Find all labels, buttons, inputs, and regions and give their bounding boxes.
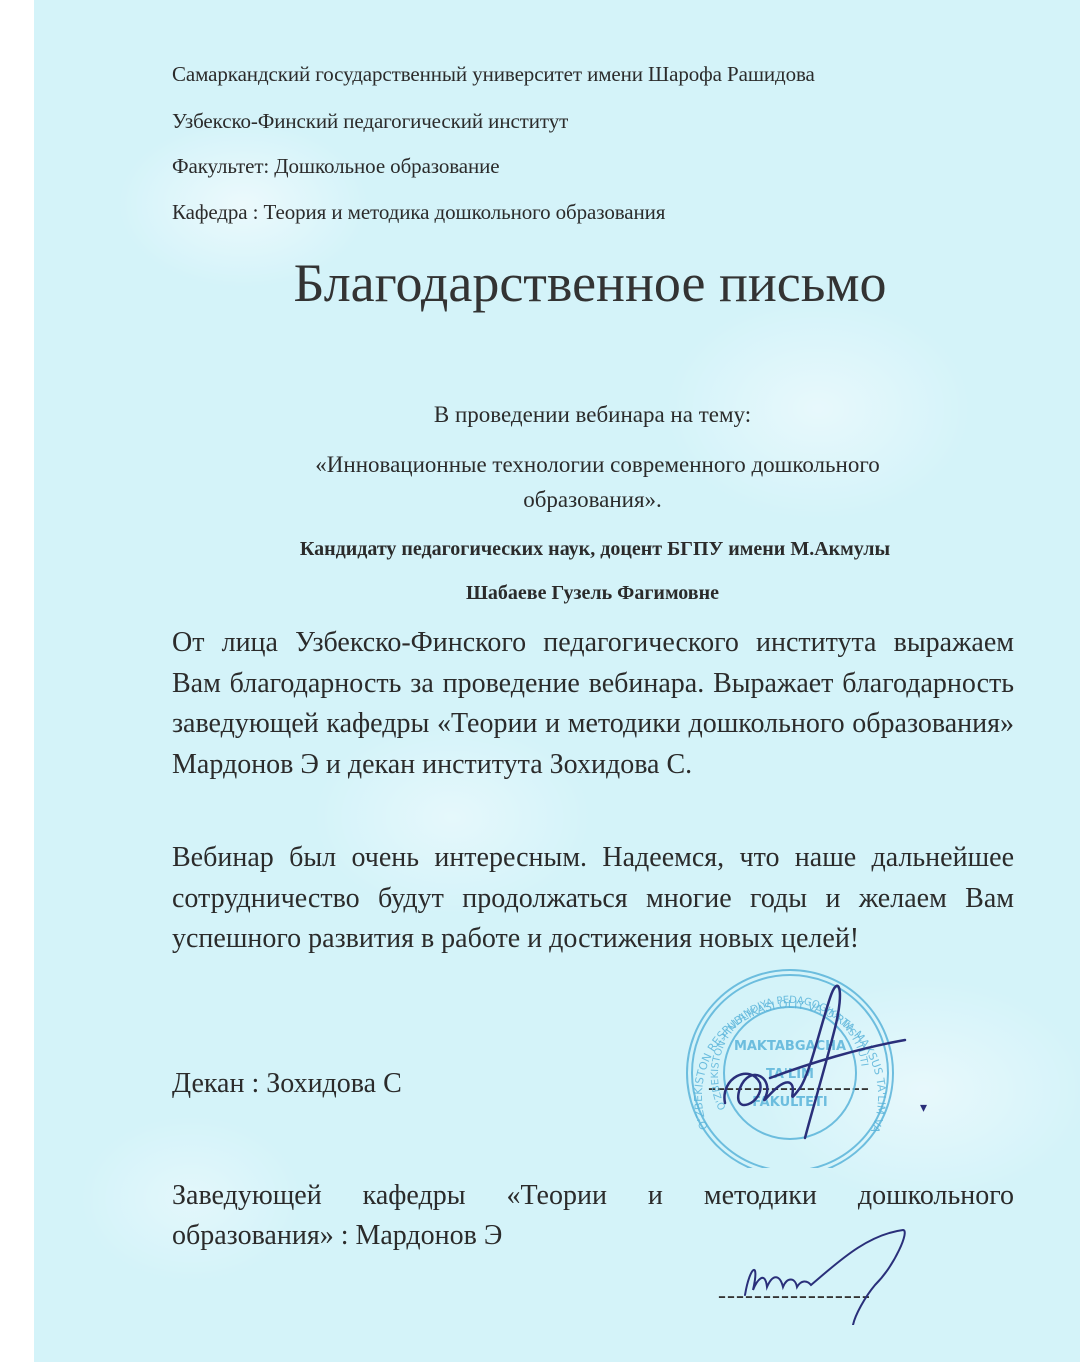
recipient-position: Кандидату педагогических наук, доцент БГ… bbox=[160, 538, 1030, 561]
department-head-label-line1: Заведующей кафедры «Теории и методики до… bbox=[172, 1180, 1014, 1212]
recipient-name: Шабаеве Гузель Фагимовне bbox=[170, 582, 1015, 605]
department-name: Кафедра : Теория и методика дошкольного … bbox=[172, 200, 665, 225]
dean-signature-label: Декан : Зохидова С bbox=[172, 1068, 402, 1100]
stamp-mark: ▾ bbox=[920, 1100, 927, 1117]
department-head-signature-icon bbox=[725, 1225, 915, 1325]
university-name: Самаркандский государственный университе… bbox=[172, 62, 815, 87]
body-paragraph-1: От лица Узбекско-Финского педагогическог… bbox=[172, 623, 1014, 785]
webinar-topic-line2: образования». bbox=[170, 487, 1015, 513]
institute-stamp-icon: MAKTABGACHA TA'LIM FAKULTETI O'ZBEKISTON… bbox=[660, 968, 930, 1168]
body-paragraph-2: Вебинар был очень интересным. Надеемся, … bbox=[172, 838, 1014, 960]
institute-name: Узбекско-Финский педагогический институт bbox=[172, 109, 568, 134]
webinar-topic-line1: «Инновационные технологии современного д… bbox=[140, 452, 1055, 478]
department-head-label-line2: образования» : Мардонов Э bbox=[172, 1220, 502, 1252]
faculty-name: Факультет: Дошкольное образование bbox=[172, 154, 500, 179]
letter-title: Благодарственное письмо bbox=[0, 252, 1080, 314]
webinar-intro: В проведении вебинара на тему: bbox=[170, 402, 1015, 428]
